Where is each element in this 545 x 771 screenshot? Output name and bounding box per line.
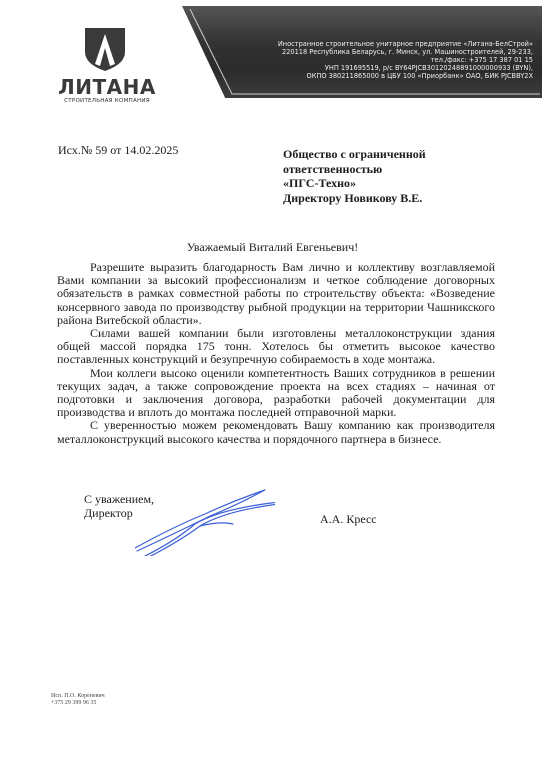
shield-logo-icon: [82, 26, 128, 72]
letterhead-banner: Иностранное строительное унитарное предп…: [182, 6, 542, 98]
greeting: Уважаемый Виталий Евгеньевич!: [0, 240, 545, 255]
company-info-line: ОКПО 380211865000 в ЦБУ 100 «Приорбанк» …: [213, 72, 533, 80]
company-logo: ЛИТАНА СТРОИТЕЛЬНАЯ КОМПАНИЯ: [52, 26, 162, 104]
signer-name: А.А. Кресс: [320, 512, 377, 527]
company-info: Иностранное строительное унитарное предп…: [213, 40, 533, 80]
paragraph: Мои коллеги высоко оценили компетентност…: [57, 367, 495, 420]
logo-name: ЛИТАНА: [54, 75, 160, 99]
signature-icon: [135, 486, 275, 556]
executor-footer: Исп. П.О. Кореневич +375 29 399 96 35: [51, 693, 105, 708]
executor-phone: +375 29 399 96 35: [51, 700, 105, 707]
addressee-line: Общество с ограниченной: [283, 147, 426, 162]
addressee-block: Общество с ограниченной ответственностью…: [283, 147, 426, 205]
company-info-line: тел./факс: +375 17 387 01 15: [213, 56, 533, 64]
company-info-line: Иностранное строительное унитарное предп…: [213, 40, 533, 48]
outgoing-reference: Исх.№ 59 от 14.02.2025: [58, 143, 178, 158]
company-info-line: УНП 191695519, р/с BY64PJCB3012024889100…: [213, 64, 533, 72]
paragraph: Разрешите выразить благодарность Вам лич…: [57, 261, 495, 327]
addressee-line: ответственностью: [283, 162, 426, 177]
executor-name: Исп. П.О. Кореневич: [51, 693, 105, 700]
company-info-line: 220118 Республика Беларусь, г. Минск, ул…: [213, 48, 533, 56]
letter-body: Разрешите выразить благодарность Вам лич…: [57, 261, 495, 446]
addressee-line: «ПГС-Техно»: [283, 176, 426, 191]
addressee-line: Директору Новикову В.Е.: [283, 191, 426, 206]
paragraph: С уверенностью можем рекомендовать Вашу …: [57, 419, 495, 445]
logo-subtitle: СТРОИТЕЛЬНАЯ КОМПАНИЯ: [52, 98, 162, 104]
paragraph: Силами вашей компании были изготовлены м…: [57, 327, 495, 367]
